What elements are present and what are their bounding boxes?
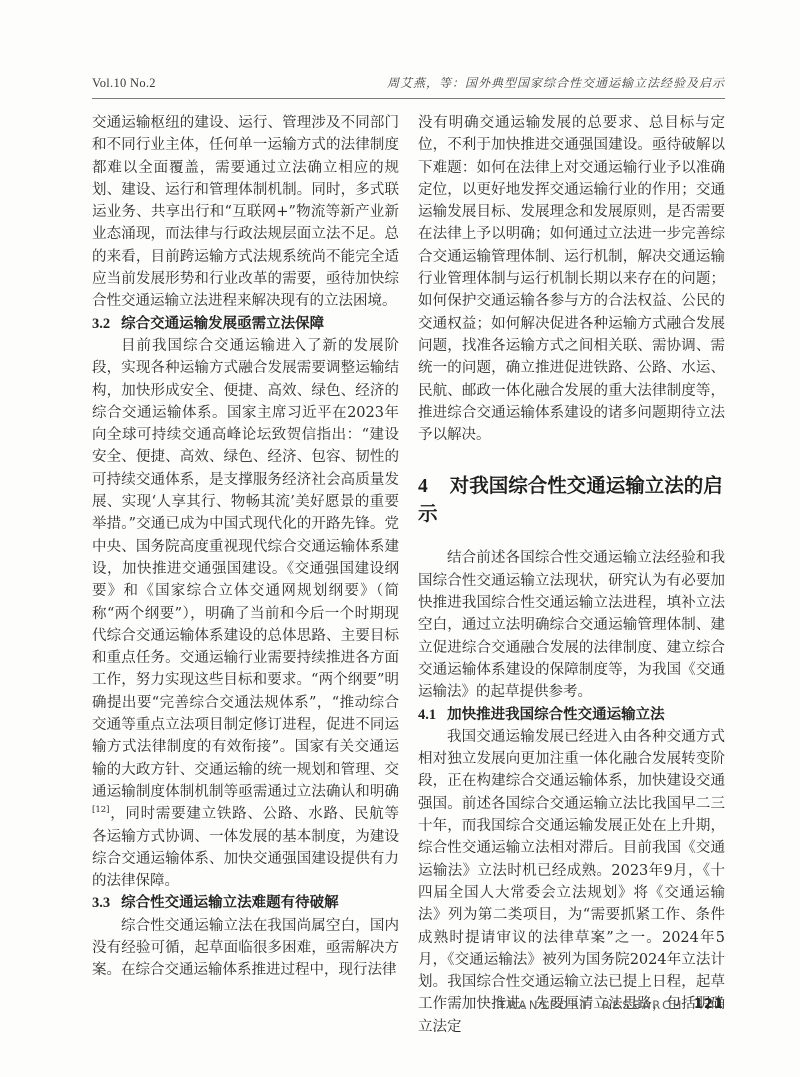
heading-number: 3.2 <box>92 316 110 332</box>
article-body: 交通运输枢纽的建设、运行、管理涉及不同部门和不同行业主体，任何单一运输方式的法律… <box>92 112 725 1038</box>
citation-superscript: [12] <box>92 805 109 815</box>
paragraph-text: 交通运输枢纽的建设、运行、管理涉及不同部门和不同行业主体，任何单一运输方式的法律… <box>92 115 399 309</box>
heading-text: 综合交通运输发展亟需立法保障 <box>121 316 324 332</box>
running-title: 周艾燕，等：国外典型国家综合性交通运输立法经验及启示 <box>387 74 725 91</box>
heading-text: 综合性交通运输立法难题有待破解 <box>121 895 339 911</box>
page-footer: TRANSPORT RESEARCH 121 <box>499 997 724 1012</box>
running-header: Vol.10 No.2 周艾燕，等：国外典型国家综合性交通运输立法经验及启示 <box>92 74 725 99</box>
body-paragraph: 我国交通运输发展已经进入由各种交通方式相对独立发展向更加注重一体化融合发展转变阶… <box>418 726 725 1038</box>
body-paragraph: 目前我国综合交通运输进入了新的发展阶段，实现各种运输方式融合发展需要调整运输结构… <box>92 335 399 892</box>
heading-number: 4.1 <box>418 707 436 723</box>
paragraph-text: 综合性交通运输立法在我国尚属空白，国内没有经验可循，起草面临很多困难，亟需解决方… <box>92 918 399 979</box>
heading-number: 3.3 <box>92 895 110 911</box>
volume-issue-label: Vol.10 No.2 <box>92 76 156 91</box>
heading-number: 4 <box>418 476 428 497</box>
paragraph-text: 我国交通运输发展已经进入由各种交通方式相对独立发展向更加注重一体化融合发展转变阶… <box>418 729 725 1035</box>
heading-text: 加快推进我国综合性交通运输立法 <box>447 707 665 723</box>
subsection-heading: 4.1加快推进我国综合性交通运输立法 <box>418 704 725 726</box>
heading-text: 对我国综合性交通运输立法的启示 <box>418 474 723 525</box>
page-number: 121 <box>694 997 724 1012</box>
right-column: 没有明确交通运输发展的总要求、总目标与定位，不利于加快推进交通强国建设。亟待破解… <box>418 112 725 1038</box>
paragraph-text: 没有明确交通运输发展的总要求、总目标与定位，不利于加快推进交通强国建设。亟待破解… <box>418 115 725 443</box>
body-paragraph: 没有明确交通运输发展的总要求、总目标与定位，不利于加快推进交通强国建设。亟待破解… <box>418 112 725 446</box>
journal-page: Vol.10 No.2 周艾燕，等：国外典型国家综合性交通运输立法经验及启示 交… <box>0 0 800 1077</box>
paragraph-text: ，同时需要建立铁路、公路、水路、民航等各运输方式协调、一体发展的基本制度，为建设… <box>92 806 399 889</box>
section-heading: 4对我国综合性交通运输立法的启示 <box>418 472 725 527</box>
body-paragraph: 综合性交通运输立法在我国尚属空白，国内没有经验可循，起草面临很多困难，亟需解决方… <box>92 915 399 982</box>
journal-name: TRANSPORT RESEARCH <box>499 998 684 1012</box>
left-column: 交通运输枢纽的建设、运行、管理涉及不同部门和不同行业主体，任何单一运输方式的法律… <box>92 112 399 1038</box>
body-paragraph: 交通运输枢纽的建设、运行、管理涉及不同部门和不同行业主体，任何单一运输方式的法律… <box>92 112 399 313</box>
body-paragraph: 结合前述各国综合性交通运输立法经验和我国综合性交通运输立法现状，研究认为有必要加… <box>418 547 725 703</box>
paragraph-text: 结合前述各国综合性交通运输立法经验和我国综合性交通运输立法现状，研究认为有必要加… <box>418 550 725 700</box>
subsection-heading: 3.3综合性交通运输立法难题有待破解 <box>92 892 399 914</box>
paragraph-text: 目前我国综合交通运输进入了新的发展阶段，实现各种运输方式融合发展需要调整运输结构… <box>92 338 399 800</box>
subsection-heading: 3.2综合交通运输发展亟需立法保障 <box>92 313 399 335</box>
